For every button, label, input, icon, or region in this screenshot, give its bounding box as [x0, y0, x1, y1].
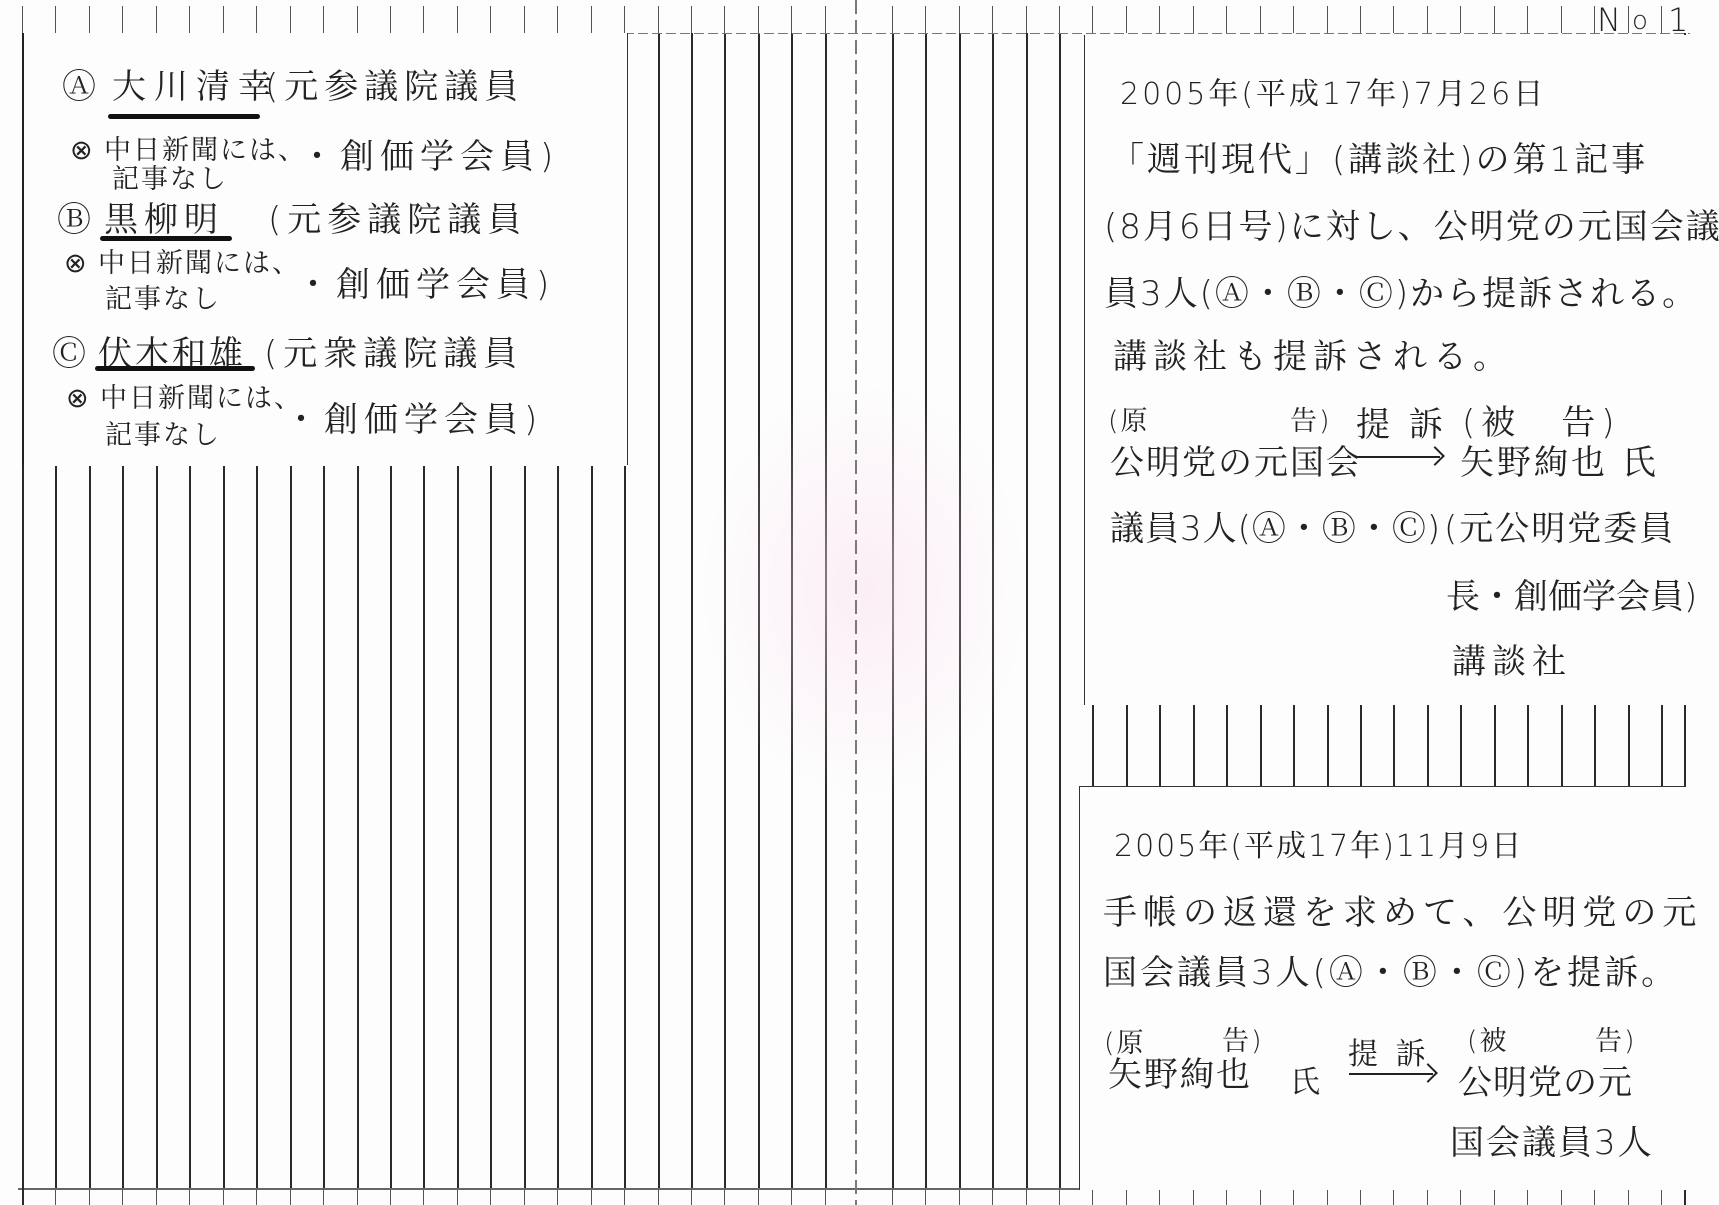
entry-b-name: 黒柳明	[104, 203, 224, 237]
event2-plaintiff-suffix: 氏	[1290, 1068, 1322, 1098]
entry-c-affiliation: ・創価学会員)	[284, 403, 543, 437]
ruling-line	[1293, 1189, 1294, 1205]
ruling-line	[122, 6, 123, 33]
ruling-line	[357, 1189, 358, 1205]
ruling-line	[624, 6, 625, 33]
ruling-line	[1327, 1189, 1328, 1205]
ruling-line	[892, 6, 893, 33]
ruling-line	[1293, 6, 1294, 33]
center-crease-tint	[700, 380, 1030, 800]
event1-defendant-line3: 長・創価学会員)	[1446, 580, 1697, 614]
ruling-line	[658, 33, 660, 1189]
ruling-line	[256, 1189, 257, 1205]
marker-a: Ⓐ	[62, 70, 98, 104]
ruling-line	[758, 6, 759, 33]
event1-plaintiff-line1: 公明党の元国会	[1110, 446, 1362, 480]
ruling-line	[357, 6, 358, 33]
ruling-line	[1092, 705, 1094, 786]
entry-b-title: (元参議院議員	[268, 203, 527, 237]
ruling-line	[1393, 705, 1395, 786]
event2-defendant-label-open: (被	[1467, 1028, 1509, 1055]
ruling-line	[557, 1189, 558, 1205]
ruling-line	[959, 6, 960, 33]
ruling-line	[89, 466, 91, 1189]
ruling-line	[1360, 1189, 1361, 1205]
ruling-line	[1327, 705, 1329, 786]
event2-action: 提 訴	[1348, 1040, 1430, 1070]
ruling-line	[89, 1189, 90, 1205]
entry-a-note-line1: 中日新聞には、	[104, 137, 307, 164]
ruling-line	[89, 6, 90, 33]
ruling-line	[423, 1189, 424, 1205]
entry-a-note-line2: 記事なし	[112, 166, 228, 193]
ruling-line	[223, 466, 225, 1189]
ruling-line	[122, 466, 124, 1189]
ruling-line	[1494, 705, 1496, 786]
ruling-line	[959, 1189, 960, 1205]
page-number-n: N	[1597, 4, 1621, 36]
event2-arrow-icon	[1349, 1073, 1433, 1075]
ruling-line	[457, 6, 458, 33]
ruling-line	[557, 6, 558, 33]
ruling-line	[323, 6, 324, 33]
event1-date: 2005年(平成17年)7月26日	[1120, 80, 1546, 110]
marker-c: Ⓒ	[52, 337, 88, 371]
ruling-line	[323, 466, 325, 1189]
ruling-line	[1427, 705, 1429, 786]
ruling-line	[223, 1189, 224, 1205]
entry-a-title: (元参議院議員	[265, 70, 524, 104]
ruling-line	[1460, 6, 1461, 33]
ruling-line	[423, 6, 424, 33]
ruling-line	[1059, 33, 1061, 1189]
ruling-line	[1527, 6, 1528, 33]
ruling-line	[992, 1189, 993, 1205]
ruling-line	[457, 1189, 458, 1205]
event1-defendant-line2: (元公明党委員	[1444, 512, 1675, 546]
event1-defendant-line4: 講談社	[1452, 645, 1572, 679]
ruling-line	[156, 1189, 157, 1205]
ruling-line	[390, 6, 391, 33]
marker-b: Ⓑ	[57, 203, 93, 237]
ruling-line	[1059, 6, 1060, 33]
ruling-line	[591, 1189, 592, 1205]
ruling-line	[658, 1189, 659, 1205]
ruling-line	[1159, 6, 1160, 33]
event1-defendant-line1: 矢野絢也 氏	[1460, 446, 1659, 480]
ruling-line	[1494, 1189, 1495, 1205]
ruling-line	[1527, 705, 1529, 786]
ruling-line	[791, 6, 792, 33]
ruling-line	[791, 1189, 792, 1205]
ruling-line	[1360, 6, 1361, 33]
event1-plaintiff-label-open: (原	[1108, 408, 1150, 435]
ruling-line	[1126, 6, 1127, 33]
event1-action: 提 訴	[1356, 408, 1447, 442]
ruling-line	[1628, 1189, 1629, 1205]
entry-c-note-line2: 記事なし	[105, 422, 221, 449]
ruling-line	[691, 1189, 692, 1205]
ruling-line	[156, 6, 157, 33]
ruling-line	[256, 466, 258, 1189]
ruling-line	[1594, 6, 1595, 33]
ruling-line	[290, 6, 291, 33]
ruling-line	[1427, 6, 1428, 33]
ruling-line	[1460, 705, 1462, 786]
ruling-line	[591, 6, 592, 33]
entry-b-affiliation: ・創価学会員)	[296, 268, 555, 302]
ruling-line	[290, 1189, 291, 1205]
page-number-o: o	[1632, 8, 1648, 34]
event2-plaintiff-name: 矢野絢也	[1108, 1058, 1252, 1092]
center-fold-line	[855, 0, 857, 1205]
ruling-line	[457, 466, 459, 1189]
ruling-line	[156, 466, 158, 1189]
ruling-line	[1661, 1189, 1662, 1205]
ruling-line	[357, 466, 359, 1189]
event2-defendant-line1: 公明党の元	[1458, 1066, 1633, 1100]
page-number-digit: 1	[1668, 4, 1688, 36]
ruling-line	[1360, 705, 1362, 786]
ruling-line	[223, 6, 224, 33]
ruling-line	[1527, 1189, 1528, 1205]
entry-c-title: (元衆議院議員	[264, 337, 523, 371]
ruling-line	[55, 466, 57, 1189]
ruling-line	[758, 1189, 759, 1205]
ruling-line	[524, 1189, 525, 1205]
event2-line1: 手帳の返還を求めて、公明党の元	[1103, 896, 1702, 930]
ruling-line	[1628, 705, 1630, 786]
event1-defendant-label: (被 告)	[1462, 406, 1621, 440]
ruling-line	[490, 466, 492, 1189]
ruling-line	[658, 6, 659, 33]
ruling-line	[1494, 6, 1495, 33]
ruling-line	[1026, 1189, 1027, 1205]
ruling-line	[1327, 6, 1328, 33]
ruling-line	[1159, 1189, 1160, 1205]
ruling-line	[524, 466, 526, 1189]
ruling-line	[1026, 6, 1027, 33]
event1-line1: 「週刊現代」(講談社)の第1記事	[1110, 143, 1648, 177]
ruling-line	[1393, 1189, 1394, 1205]
ruling-line	[390, 466, 392, 1189]
ruling-line	[256, 6, 257, 33]
event1-line4: 講談社も提訴される。	[1113, 340, 1513, 374]
ruling-line	[1193, 1189, 1194, 1205]
ruling-line	[591, 466, 593, 1189]
ruling-line	[290, 466, 292, 1189]
event1-plaintiff-line2: 議員3人(Ⓐ・Ⓑ・Ⓒ)	[1110, 512, 1441, 546]
event1-plaintiff-label-close: 告)	[1290, 408, 1332, 435]
ruling-line	[55, 1189, 56, 1205]
ruling-line	[1561, 1189, 1562, 1205]
ruling-line	[1260, 705, 1262, 786]
ruling-line	[1193, 705, 1195, 786]
ruling-line	[1260, 6, 1261, 33]
ruling-line	[724, 6, 725, 33]
ruling-line	[490, 6, 491, 33]
entry-a-underline	[108, 114, 260, 119]
entry-a-name: 大川清幸	[112, 70, 280, 104]
ruling-line	[1628, 6, 1629, 33]
ruling-line	[1226, 6, 1227, 33]
ruling-line	[1059, 1189, 1060, 1205]
ruling-line	[1126, 1189, 1127, 1205]
ruling-line	[122, 1189, 123, 1205]
ruling-line	[1226, 705, 1228, 786]
ruling-line	[925, 6, 926, 33]
ruling-line	[1661, 6, 1662, 33]
ruling-line	[1594, 1189, 1595, 1205]
ruling-line	[1594, 705, 1596, 786]
ruling-line	[825, 6, 826, 33]
event1-line3: 員3人(Ⓐ・Ⓑ・Ⓒ)から提訴される。	[1104, 277, 1698, 311]
ruling-line	[1661, 705, 1663, 786]
event2-plaintiff-label-open: (原	[1104, 1030, 1146, 1057]
ruling-line	[1561, 6, 1562, 33]
event2-defendant-line2: 国会議員3人	[1450, 1126, 1654, 1160]
ruling-line	[557, 466, 559, 1189]
ruling-line	[1159, 705, 1161, 786]
event2-defendant-label-close: 告)	[1595, 1028, 1637, 1055]
ruling-line	[423, 466, 425, 1189]
ruling-line	[1260, 1189, 1261, 1205]
ruling-line	[189, 1189, 190, 1205]
event2-plaintiff-label-close: 告)	[1222, 1028, 1264, 1055]
entry-c-underline	[95, 366, 255, 371]
entry-c-note-line1: 中日新聞には、	[100, 385, 303, 412]
ruling-line	[490, 1189, 491, 1205]
event1-arrow-icon	[1356, 456, 1440, 458]
ruling-line	[724, 1189, 725, 1205]
ruling-line	[1561, 705, 1563, 786]
ruling-line	[892, 1189, 893, 1205]
entry-b-note-line2: 記事なし	[105, 286, 221, 313]
ruling-line	[55, 6, 56, 33]
ruling-line	[22, 6, 23, 33]
ruling-line	[992, 6, 993, 33]
ruling-line	[323, 1189, 324, 1205]
entry-a-affiliation: ・創価学会員)	[300, 140, 559, 174]
event1-line2: (8月6日号)に対し、公明党の元国会議	[1104, 210, 1719, 244]
ruling-line	[1393, 6, 1394, 33]
event2-line2: 国会議員3人(Ⓐ・Ⓑ・Ⓒ)を提訴。	[1103, 956, 1678, 990]
ruling-line	[390, 1189, 391, 1205]
ruling-line	[1126, 705, 1128, 786]
ruling-line	[189, 466, 191, 1189]
entry-a-note-mark: ⊗	[70, 137, 95, 164]
ruling-line	[691, 6, 692, 33]
entry-c-note-mark: ⊗	[66, 385, 91, 412]
entry-b-note-line1: 中日新聞には、	[98, 250, 301, 277]
entry-b-underline	[100, 236, 232, 241]
entry-b-note-mark: ⊗	[64, 250, 89, 277]
ruling-line	[1460, 1189, 1461, 1205]
ruling-line	[1092, 1189, 1093, 1205]
ruling-line	[189, 6, 190, 33]
ruling-line	[1226, 1189, 1227, 1205]
ruling-line	[925, 1189, 926, 1205]
ruling-line	[1293, 705, 1295, 786]
ruling-line	[524, 6, 525, 33]
ruling-line	[1092, 6, 1093, 33]
ruling-line	[825, 1189, 826, 1205]
ruling-line	[691, 33, 693, 1189]
ruling-line	[1193, 6, 1194, 33]
ruling-line	[624, 1189, 625, 1205]
ruling-line	[1427, 1189, 1428, 1205]
ruling-line	[624, 466, 626, 1189]
event2-date: 2005年(平成17年)11月9日	[1114, 832, 1523, 862]
